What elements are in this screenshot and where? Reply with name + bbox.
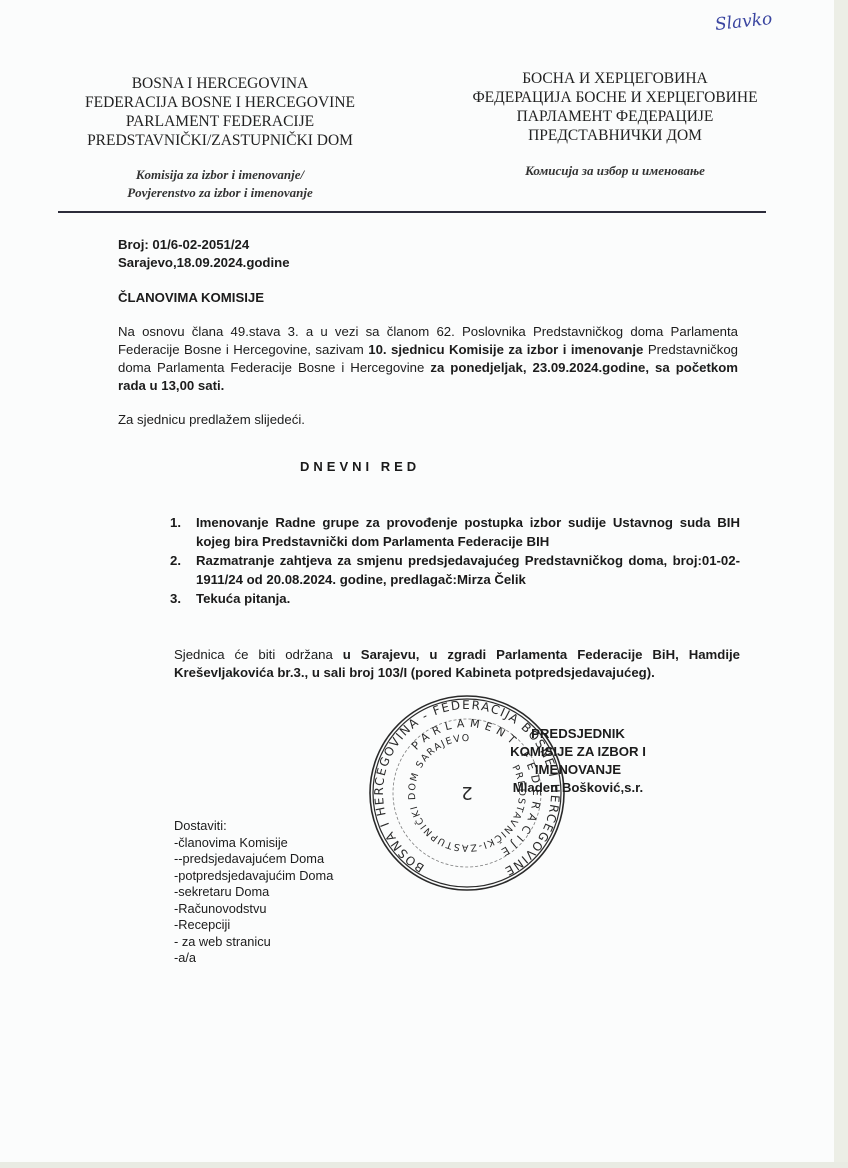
- agenda-number: 2.: [170, 551, 196, 589]
- signatory-name: Mladen Bošković,s.r.: [498, 779, 658, 797]
- place-date: Sarajevo,18.09.2024.godine: [118, 254, 738, 272]
- location-paragraph: Sjednica će biti održana u Sarajevu, u z…: [174, 646, 740, 682]
- signature-title: KOMISIJE ZA IZBOR I: [498, 743, 658, 761]
- handwritten-note: Slavko: [714, 9, 773, 35]
- distribution-item: -a/a: [174, 950, 333, 967]
- scan-edge: [834, 0, 848, 1168]
- header-subtitle: Комисија за избор и именовање: [440, 162, 790, 180]
- agenda-item: 1.Imenovanje Radne grupe za provođenje p…: [170, 513, 740, 551]
- signature-title: IMENOVANJE: [498, 761, 658, 779]
- header-line: ПАРЛАМЕНТ ФЕДЕРАЦИЈЕ: [440, 107, 790, 126]
- intro-paragraph: Na osnovu člana 49.stava 3. a u vezi sa …: [118, 323, 738, 395]
- header-line: ПРЕДСТАВНИЧКИ ДОМ: [440, 126, 790, 145]
- subtitle-line: Комисија за избор и именовање: [440, 162, 790, 180]
- distribution-list: Dostaviti: -članovima Komisije --predsje…: [174, 818, 333, 967]
- distribution-title: Dostaviti:: [174, 818, 333, 835]
- header-subtitle: Komisija za izbor i imenovanje/ Povjeren…: [60, 166, 380, 202]
- header-line: ФЕДЕРАЦИЈА БОСНЕ И ХЕРЦЕГОВИНЕ: [440, 88, 790, 107]
- signature-title: PREDSJEDNIK: [498, 725, 658, 743]
- agenda-number: 3.: [170, 589, 196, 608]
- signature-block: PREDSJEDNIK KOMISIJE ZA IZBOR I IMENOVAN…: [498, 725, 658, 797]
- agenda-number: 1.: [170, 513, 196, 551]
- distribution-item: -potpredsjedavajućim Doma: [174, 868, 333, 885]
- header-line: FEDERACIJA BOSNE I HERCEGOVINE: [60, 93, 380, 112]
- distribution-item: -Računovodstvu: [174, 901, 333, 918]
- distribution-item: -Recepciji: [174, 917, 333, 934]
- addressee: ČLANOVIMA KOMISIJE: [118, 289, 738, 307]
- header-divider: [58, 211, 766, 213]
- agenda-item: 2.Razmatranje zahtjeva za smjenu predsje…: [170, 551, 740, 589]
- scan-edge-bottom: [0, 1162, 848, 1168]
- header-line: PREDSTAVNIČKI/ZASTUPNIČKI DOM: [60, 131, 380, 150]
- agenda-item: 3.Tekuća pitanja.: [170, 589, 740, 608]
- stamp-center: 2: [461, 782, 472, 803]
- header-line: PARLAMENT FEDERACIJE: [60, 112, 380, 131]
- document-number: Broj: 01/6-02-2051/24: [118, 236, 738, 254]
- propose-line: Za sjednicu predlažem slijedeći.: [118, 411, 738, 429]
- distribution-item: --predsjedavajućem Doma: [174, 851, 333, 868]
- header-right: БОСНА И ХЕРЦЕГОВИНА ФЕДЕРАЦИЈА БОСНЕ И Х…: [440, 69, 790, 180]
- header-line: БОСНА И ХЕРЦЕГОВИНА: [440, 69, 790, 88]
- distribution-item: -članovima Komisije: [174, 835, 333, 852]
- subtitle-line: Komisija za izbor i imenovanje/: [60, 166, 380, 184]
- agenda-list: 1.Imenovanje Radne grupe za provođenje p…: [170, 513, 740, 608]
- agenda-title: DNEVNI RED: [300, 459, 420, 474]
- agenda-text: Tekuća pitanja.: [196, 589, 740, 608]
- distribution-item: -sekretaru Doma: [174, 884, 333, 901]
- distribution-item: - za web stranicu: [174, 934, 333, 951]
- agenda-text: Razmatranje zahtjeva za smjenu predsjeda…: [196, 551, 740, 589]
- header-left: BOSNA I HERCEGOVINA FEDERACIJA BOSNE I H…: [60, 74, 380, 202]
- document-meta: Broj: 01/6-02-2051/24 Sarajevo,18.09.202…: [118, 236, 738, 272]
- location-text: Sjednica će biti održana: [174, 647, 343, 662]
- subtitle-line: Povjerenstvo za izbor i imenovanje: [60, 184, 380, 202]
- intro-bold: 10. sjednicu Komisije za izbor i imenova…: [368, 342, 643, 357]
- agenda-text: Imenovanje Radne grupe za provođenje pos…: [196, 513, 740, 551]
- header-line: BOSNA I HERCEGOVINA: [60, 74, 380, 93]
